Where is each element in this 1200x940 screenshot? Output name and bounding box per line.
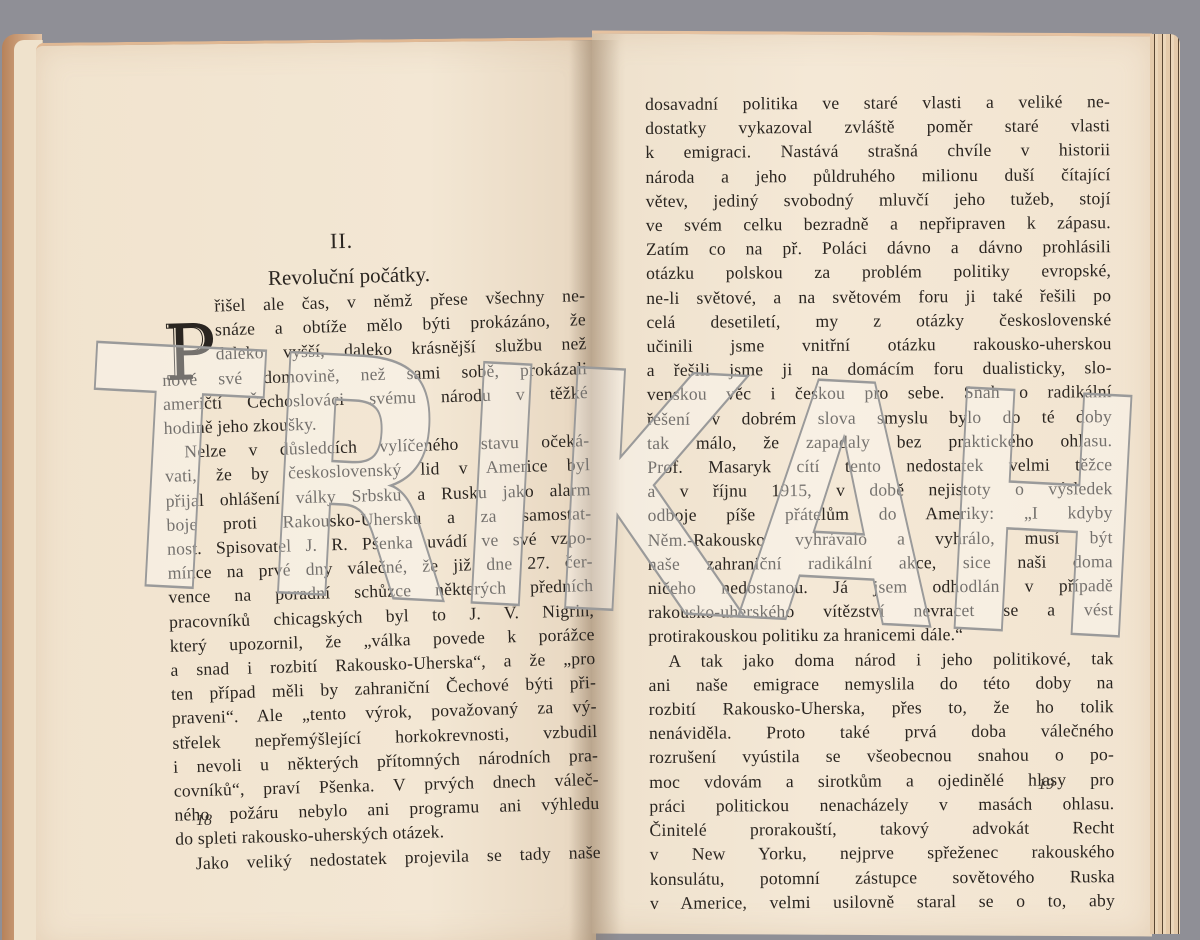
text-line: práci politickou nenacházely v masách oh…: [649, 791, 1114, 818]
text-line: a řešili jsme ji na domácím foru dualist…: [647, 355, 1112, 382]
text-line: rozbití Rakousko-Uherska, přes to, že ho…: [649, 694, 1114, 721]
text-line: rakousko-uherského vítězství nevracet se…: [648, 597, 1113, 624]
text-line: dostatky vykazoval zvláště poměr staré v…: [645, 113, 1110, 140]
text-line: národa a jeho půldruhého milionu duší čí…: [645, 162, 1110, 189]
text-line: učinili jsme vnitřní otázku rakousko-uhe…: [646, 331, 1111, 358]
text-line: nenáviděla. Proto také prvá doba válečné…: [649, 718, 1114, 745]
text-line: venskou věc i českou pro sebe. Snah o ra…: [647, 380, 1112, 407]
text-line: větev, jediný svobodný mluvčí jeho tužeb…: [646, 186, 1111, 213]
text-line: konsulátu, potomní zástupce sovětového R…: [650, 864, 1115, 891]
text-line: protirakouskou politiku za hranicemi dál…: [648, 622, 1113, 649]
text-line: rozrušení vyústila se všeobecnou snahou …: [649, 743, 1114, 770]
text-line: řešení v dobrém slova smyslu bylo do té …: [647, 404, 1112, 431]
text-line: ničeho nedostanou. Já jsem odhodlán v př…: [648, 573, 1113, 600]
chapter-title: Revoluční počátky.: [268, 262, 430, 291]
text-line: otázku polskou za problém politiky evrop…: [646, 259, 1111, 286]
text-line: celá desetiletí, my z otázky českosloven…: [646, 307, 1111, 334]
chapter-number: II.: [330, 228, 354, 254]
page-number-right: 19: [1038, 776, 1054, 794]
text-line: a v říjnu 1915, v době nejistoty o výsle…: [647, 476, 1112, 503]
text-line: ve svém celku bezradně a nepřipraven k z…: [646, 210, 1111, 237]
text-line: ani naše emigrace nemyslila do této doby…: [649, 670, 1114, 697]
text-line: naše zahraniční radikální akce, sice naš…: [648, 549, 1113, 576]
page-number-left: 18: [196, 812, 212, 830]
left-page-body: řišel ale čas, v němž přese všechny ne- …: [160, 283, 601, 876]
text-line: Činitelé prorakouští, takový advokát Rec…: [649, 815, 1114, 842]
text-line: tak málo, že zapadaly bez praktického oh…: [647, 428, 1112, 455]
text-line: v New Yorku, nejprve spřeženec rakouskéh…: [650, 839, 1115, 866]
text-line: v Americe, velmi usilovně staral se o to…: [650, 888, 1115, 915]
text-line: dosavadní politika ve staré vlasti a vel…: [645, 89, 1110, 116]
text-line: Zatím co na př. Poláci dávno a dávno pro…: [646, 234, 1111, 261]
text-line: ne-li světové, a na světovém foru ji tak…: [646, 283, 1111, 310]
text-line: k emigraci. Nastává strašná chvíle v his…: [645, 138, 1110, 165]
text-line: odboje píše přátelům do Ameriky: „I kdyb…: [648, 501, 1113, 528]
page-stack-right: [1150, 34, 1180, 934]
text-line: A tak jako doma národ i jeho politikové,…: [648, 646, 1113, 673]
text-line: Prof. Masaryk cítí tento nedostatek velm…: [647, 452, 1112, 479]
text-line: Něm.-Rakousko vyhrávalo a vyhrálo, musí …: [648, 525, 1113, 552]
